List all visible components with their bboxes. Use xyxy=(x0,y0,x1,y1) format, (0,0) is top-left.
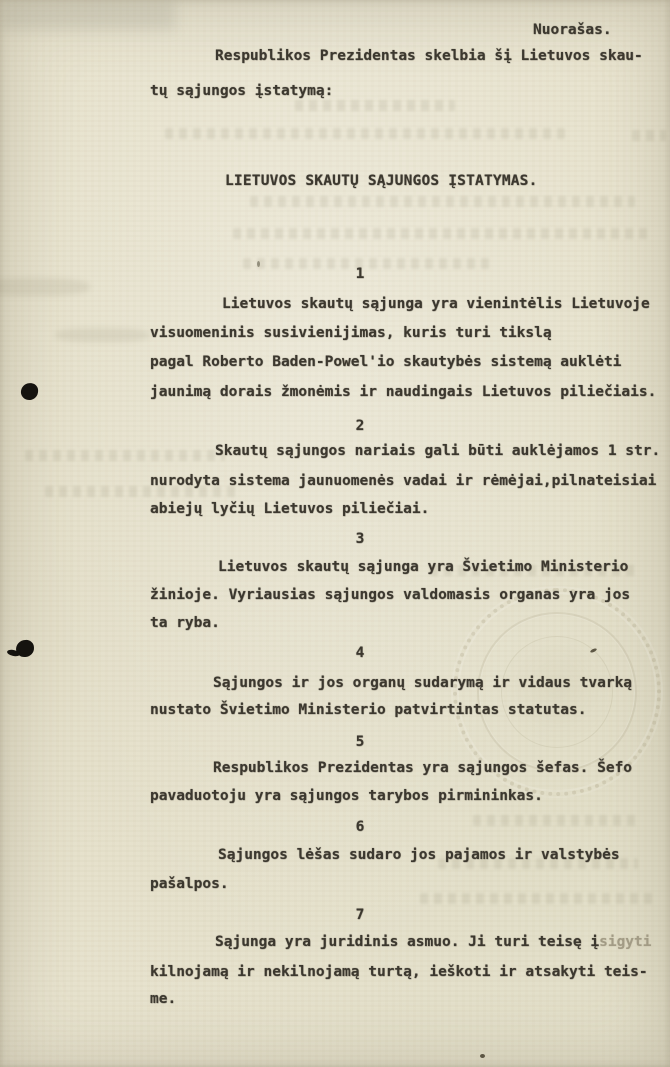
article-line-lead: Sąjunga yra juridinis asmuo. Ji turi tei… xyxy=(215,934,599,950)
bleedthrough-mark xyxy=(165,128,565,139)
bleedthrough-mark xyxy=(250,196,635,207)
article-number: 4 xyxy=(150,643,570,663)
bleedthrough-mark xyxy=(25,450,225,461)
ink-blot-top xyxy=(20,382,39,401)
bleedthrough-smudge xyxy=(0,278,90,296)
scanned-document-page: Nuorašas. Respublikos Prezidentas skelbi… xyxy=(0,0,670,1067)
article-number: 7 xyxy=(150,905,570,925)
document-title: LIETUVOS SKAUTŲ SĄJUNGOS ĮSTATYMAS. xyxy=(225,171,538,191)
copy-label: Nuorašas. xyxy=(533,20,612,40)
article-line: Sąjungos ir jos organų sudarymą ir vidau… xyxy=(213,673,632,693)
article-number: 1 xyxy=(150,264,570,284)
article-line: jaunimą dorais žmonėmis ir naudingais Li… xyxy=(150,382,656,402)
article-line: ta ryba. xyxy=(150,613,220,633)
article-line: Lietuvos skautų sąjunga yra Švietimo Min… xyxy=(218,557,628,577)
article-line: nurodyta sistema jaunuomenės vadai ir rė… xyxy=(150,471,656,491)
bleedthrough-mark xyxy=(233,228,653,239)
article-number: 6 xyxy=(150,817,570,837)
article-line-faded-word: sigyti xyxy=(599,934,651,950)
article-line: žinioje. Vyriausias sąjungos valdomasis … xyxy=(150,585,630,605)
scan-corner-shade xyxy=(0,0,175,30)
article-line: pašalpos. xyxy=(150,874,229,894)
article-line: Lietuvos skautų sąjunga yra vienintėlis … xyxy=(222,294,650,314)
article-line: abiejų lyčių Lietuvos piliečiai. xyxy=(150,499,429,519)
article-line: Sąjunga yra juridinis asmuo. Ji turi tei… xyxy=(215,932,652,952)
bleedthrough-mark xyxy=(632,130,666,141)
article-line: Respublikos Prezidentas yra sąjungos šef… xyxy=(213,758,632,778)
article-line: Skautų sąjungos nariais gali būti auklėj… xyxy=(215,441,660,461)
bleedthrough-mark xyxy=(420,893,655,904)
article-line: kilnojamą ir nekilnojamą turtą, ieškoti … xyxy=(150,962,648,982)
article-number: 3 xyxy=(150,529,570,549)
article-line: visuomeninis susivienijimas, kuris turi … xyxy=(150,323,552,343)
article-line: pagal Roberto Baden-Powel'io skautybės s… xyxy=(150,352,621,372)
article-number: 5 xyxy=(150,732,570,752)
ink-speck xyxy=(480,1054,485,1058)
article-line: pavaduotoju yra sąjungos tarybos pirmini… xyxy=(150,786,543,806)
bleedthrough-mark xyxy=(295,100,455,111)
article-line: me. xyxy=(150,989,176,1009)
article-line: nustato Švietimo Ministerio patvirtintas… xyxy=(150,700,587,720)
article-number: 2 xyxy=(150,416,570,436)
article-line: Sąjungos lėšas sudaro jos pajamos ir val… xyxy=(218,845,620,865)
preamble-line: Respublikos Prezidentas skelbia šį Lietu… xyxy=(215,46,643,66)
preamble-line: tų sąjungos įstatymą: xyxy=(150,81,333,101)
bleedthrough-smudge xyxy=(55,328,150,342)
